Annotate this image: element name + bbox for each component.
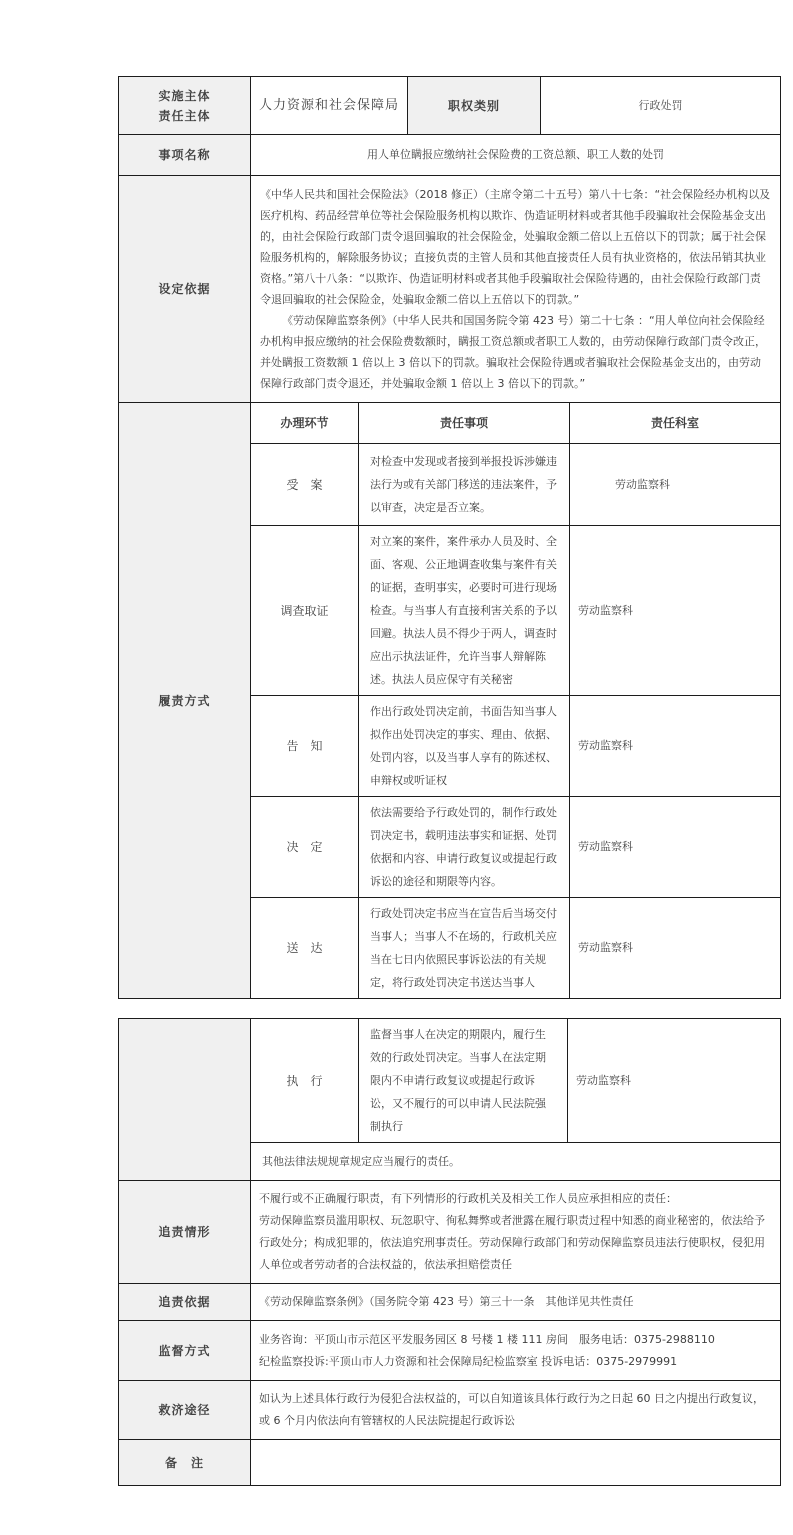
label-accountability-situations: 追责情形 [119, 1181, 251, 1284]
label-power-type: 职权类别 [408, 77, 541, 135]
step-dept-execution: 劳动监察科 [568, 1019, 781, 1143]
main-table-page2: 执 行 监督当事人在决定的期限内，履行生效的行政处罚决定。当事人在法定期限内不申… [118, 1018, 781, 1486]
label-remedy-channel: 救济途径 [119, 1381, 251, 1440]
table-row: 设定依据 《中华人民共和国社会保险法》（2018 修正）（主席令第二十五号）第八… [119, 176, 781, 403]
table-row: 事项名称 用人单位瞒报应缴纳社会保险费的工资总额、职工人数的处罚 [119, 135, 781, 176]
table-row: 追责情形 不履行或不正确履行职责，有下列情形的行政机关及相关工作人员应承担相应的… [119, 1181, 781, 1284]
label-accountability-basis: 追责依据 [119, 1284, 251, 1321]
label-supervision-method: 监督方式 [119, 1321, 251, 1381]
table-row: 履责方式 办理环节 责任事项 责任科室 [119, 403, 781, 444]
remarks-value [251, 1440, 781, 1486]
other-legal-duties: 其他法律法规规章规定应当履行的责任。 [251, 1143, 781, 1181]
duty-label-continued-empty [119, 1019, 251, 1181]
table-row: 实施主体 责任主体 人力资源和社会保障局 职权类别 行政处罚 [119, 77, 781, 135]
legal-basis-paragraph-1: 《中华人民共和国社会保险法》（2018 修正）（主席令第二十五号）第八十七条：“… [260, 184, 771, 310]
legal-basis-value: 《中华人民共和国社会保险法》（2018 修正）（主席令第二十五号）第八十七条：“… [251, 176, 781, 403]
table-row: 备 注 [119, 1440, 781, 1486]
label-implementing-subject-line1: 实施主体 [120, 86, 249, 106]
step-duty-investigation: 对立案的案件，案件承办人员及时、全面、客观、公正地调查收集与案件有关的证据，查明… [359, 526, 570, 696]
label-duty-method: 履责方式 [119, 403, 251, 999]
step-name-accept-case: 受 案 [251, 444, 359, 526]
table-row: 执 行 监督当事人在决定的期限内，履行生效的行政处罚决定。当事人在法定期限内不申… [119, 1019, 781, 1143]
step-dept-notification: 劳动监察科 [570, 696, 781, 797]
step-duty-execution: 监督当事人在决定的期限内，履行生效的行政处罚决定。当事人在法定期限内不申请行政复… [359, 1019, 568, 1143]
subheader-duty: 责任事项 [359, 403, 570, 444]
item-name-value: 用人单位瞒报应缴纳社会保险费的工资总额、职工人数的处罚 [251, 135, 781, 176]
step-name-delivery: 送 达 [251, 898, 359, 999]
agency-name: 人力资源和社会保障局 [251, 77, 408, 135]
step-name-investigation: 调查取证 [251, 526, 359, 696]
step-duty-accept-case: 对检查中发现或者接到举报投诉涉嫌违法行为或有关部门移送的违法案件，予以审查，决定… [359, 444, 570, 526]
label-item-name: 事项名称 [119, 135, 251, 176]
label-legal-basis: 设定依据 [119, 176, 251, 403]
step-dept-investigation: 劳动监察科 [570, 526, 781, 696]
label-implementing-subject: 实施主体 责任主体 [119, 77, 251, 135]
step-name-execution: 执 行 [251, 1019, 359, 1143]
accountability-situations-value: 不履行或不正确履行职责，有下列情形的行政机关及相关工作人员应承担相应的责任： 劳… [251, 1181, 781, 1284]
label-remarks: 备 注 [119, 1440, 251, 1486]
power-type-value: 行政处罚 [541, 77, 781, 135]
remedy-channel-value: 如认为上述具体行政行为侵犯合法权益的，可以自知道该具体行政行为之日起 60 日之… [251, 1381, 781, 1440]
subheader-step: 办理环节 [251, 403, 359, 444]
step-dept-accept-case: 劳动监察科 [570, 444, 781, 526]
main-table-page1: 实施主体 责任主体 人力资源和社会保障局 职权类别 行政处罚 事项名称 用人单位… [118, 76, 781, 999]
accountability-basis-value: 《劳动保障监察条例》（国务院令第 423 号）第三十一条 其他详见共性责任 [251, 1284, 781, 1321]
table-row: 救济途径 如认为上述具体行政行为侵犯合法权益的，可以自知道该具体行政行为之日起 … [119, 1381, 781, 1440]
step-duty-notification: 作出行政处罚决定前，书面告知当事人拟作出处罚决定的事实、理由、依据、处罚内容，以… [359, 696, 570, 797]
supervision-method-value: 业务咨询：平顶山市示范区平发服务园区 8 号楼 1 楼 111 房间 服务电话：… [251, 1321, 781, 1381]
table-row: 监督方式 业务咨询：平顶山市示范区平发服务园区 8 号楼 1 楼 111 房间 … [119, 1321, 781, 1381]
subheader-dept: 责任科室 [570, 403, 781, 444]
table-row: 追责依据 《劳动保障监察条例》（国务院令第 423 号）第三十一条 其他详见共性… [119, 1284, 781, 1321]
step-duty-decision: 依法需要给予行政处罚的，制作行政处罚决定书，载明违法事实和证据、处罚依据和内容、… [359, 797, 570, 898]
label-responsible-subject-line2: 责任主体 [120, 106, 249, 126]
step-name-decision: 决 定 [251, 797, 359, 898]
step-dept-decision: 劳动监察科 [570, 797, 781, 898]
step-name-notification: 告 知 [251, 696, 359, 797]
legal-basis-paragraph-2: 《劳动保障监察条例》（中华人民共和国国务院令第 423 号）第二十七条 ：“用人… [260, 310, 771, 394]
step-dept-delivery: 劳动监察科 [570, 898, 781, 999]
step-duty-delivery: 行政处罚决定书应当在宣告后当场交付当事人；当事人不在场的，行政机关应当在七日内依… [359, 898, 570, 999]
